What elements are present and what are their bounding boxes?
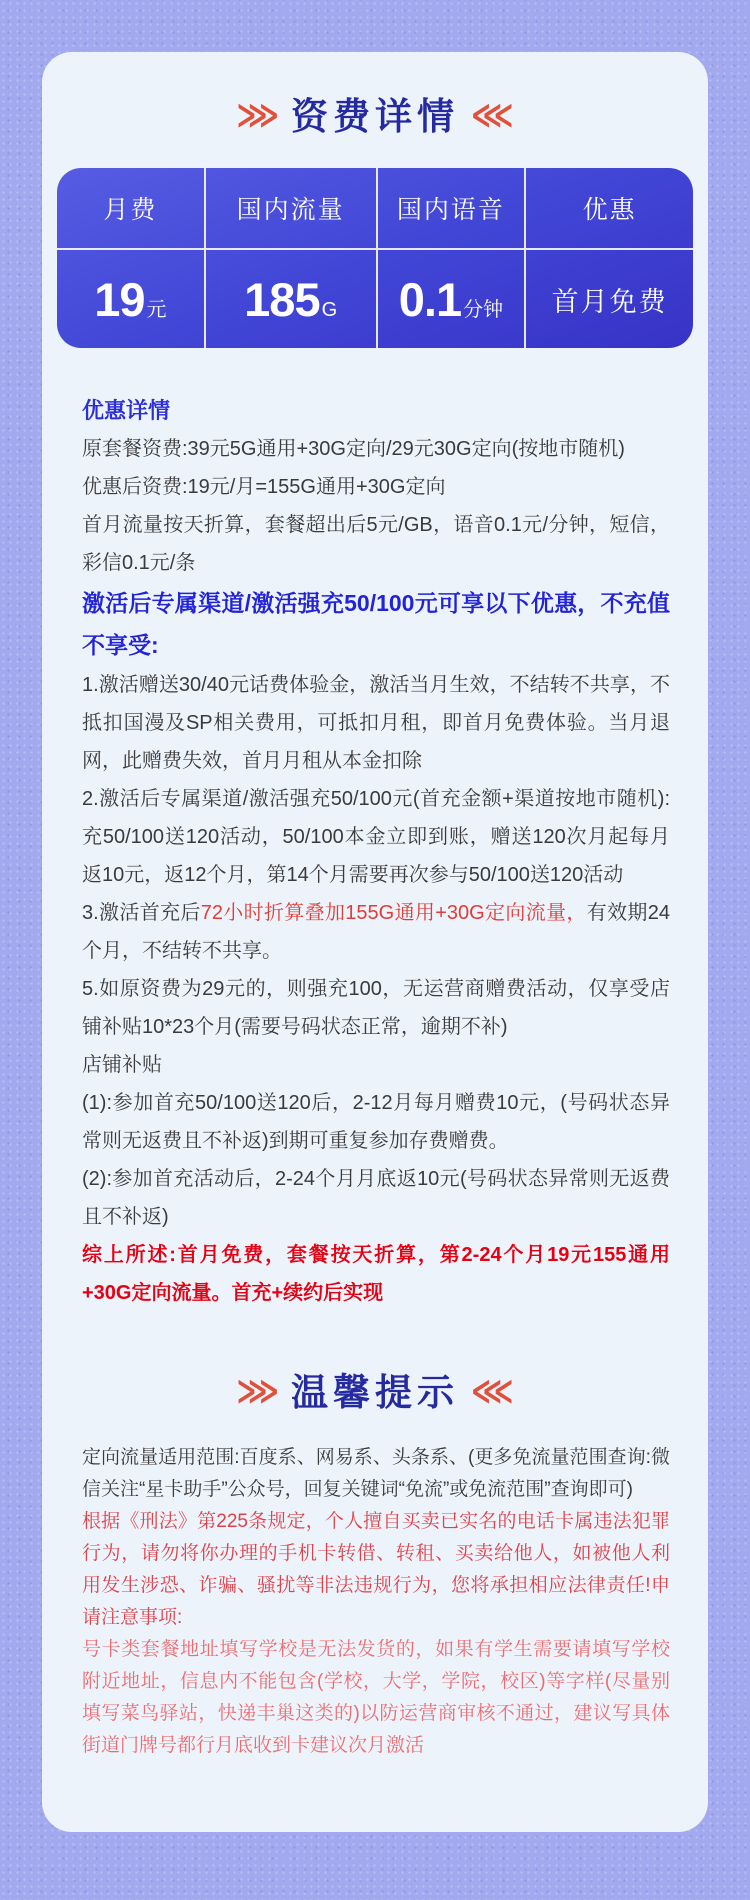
item3-prefix: 3.激活首充后 xyxy=(82,902,201,924)
data-value: 185 xyxy=(244,272,319,327)
table-cell-data: 185 G xyxy=(206,250,378,348)
table-header-data: 国内流量 xyxy=(206,168,378,250)
original-price-line: 原套餐资费:39元5G通用+30G定向/29元30G定向(按地市随机) xyxy=(82,430,670,468)
triple-chevron-right-icon: ⋙ xyxy=(236,1375,279,1410)
tips-title: 温馨提示 xyxy=(291,1368,459,1416)
page-background: ⋙ 资费详情 ⋘ 月费 国内流量 国内语音 优惠 19 元 185 G xyxy=(0,0,750,1900)
promo-value: 首月免费 xyxy=(552,280,668,319)
legal-warning: 根据《刑法》第225条规定，个人擅自买卖已实名的电话卡属违法犯罪行为，请勿将你办… xyxy=(82,1506,670,1634)
directed-data-scope: 定向流量适用范围:百度系、网易系、头条系、(更多免流量范围查询:微信关注“星卡助… xyxy=(82,1442,670,1506)
table-cell-monthly-fee: 19 元 xyxy=(57,250,206,348)
table-header-monthly-fee: 月费 xyxy=(57,168,206,250)
detail-item-5: 5.如原资费为29元的，则强充100，无运营商赠费活动，仅享受店铺补贴10*23… xyxy=(82,970,670,1046)
tips-title-row: ⋙ 温馨提示 ⋘ xyxy=(42,1368,708,1416)
table-cell-voice: 0.1 分钟 xyxy=(378,250,527,348)
voice-unit: 分钟 xyxy=(463,293,503,322)
subsidy-item-2: (2):参加首充活动后，2-24个月月底返10元(号码状态异常则无返费且不补返) xyxy=(82,1160,670,1236)
table-header-voice: 国内语音 xyxy=(378,168,527,250)
triple-chevron-right-icon: ⋙ xyxy=(236,99,279,134)
detail-item-1: 1.激活赠送30/40元话费体验金，激活当月生效，不结转不共享，不抵扣国漫及SP… xyxy=(82,666,670,780)
discount-price-line: 优惠后资费:19元/月=155G通用+30G定向 xyxy=(82,468,670,506)
triple-chevron-left-icon: ⋘ xyxy=(471,99,514,134)
subsidy-heading: 店铺补贴 xyxy=(82,1046,670,1084)
details-heading: 优惠详情 xyxy=(82,392,670,430)
summary-line: 综上所述:首月免费，套餐按天折算，第2-24个月19元155通用+30G定向流量… xyxy=(82,1236,670,1312)
discount-details-section: 优惠详情 原套餐资费:39元5G通用+30G定向/29元30G定向(按地市随机)… xyxy=(82,392,670,1312)
table-cell-promo: 首月免费 xyxy=(526,250,693,348)
table-header-promo: 优惠 xyxy=(526,168,693,250)
subsidy-item-1: (1):参加首充50/100送120后，2-12月每月赠费10元，(号码状态异常… xyxy=(82,1084,670,1160)
pricing-title: 资费详情 xyxy=(291,92,459,140)
monthly-fee-unit: 元 xyxy=(147,293,167,322)
voice-value: 0.1 xyxy=(399,272,461,327)
pricing-title-row: ⋙ 资费详情 ⋘ xyxy=(42,92,708,140)
activation-subheading: 激活后专属渠道/激活强充50/100元可享以下优惠，不充值不享受: xyxy=(82,582,670,666)
detail-item-3: 3.激活首充后72小时折算叠加155G通用+30G定向流量，有效期24个月，不结… xyxy=(82,894,670,970)
tips-section: 定向流量适用范围:百度系、网易系、头条系、(更多免流量范围查询:微信关注“星卡助… xyxy=(82,1442,670,1762)
data-unit: G xyxy=(322,299,338,322)
detail-item-2: 2.激活后专属渠道/激活强充50/100元(首充金额+渠道按地市随机):充50/… xyxy=(82,780,670,894)
plan-table: 月费 国内流量 国内语音 优惠 19 元 185 G 0.1 分钟 xyxy=(57,168,693,348)
item3-highlight: 72小时折算叠加155G通用+30G定向流量， xyxy=(201,902,587,924)
address-notice: 号卡类套餐地址填写学校是无法发货的，如果有学生需要请填写学校附近地址，信息内不能… xyxy=(82,1634,670,1762)
content-card: ⋙ 资费详情 ⋘ 月费 国内流量 国内语音 优惠 19 元 185 G xyxy=(42,52,708,1832)
triple-chevron-left-icon: ⋘ xyxy=(471,1375,514,1410)
monthly-fee-value: 19 xyxy=(94,272,144,327)
first-month-line: 首月流量按天折算，套餐超出后5元/GB，语音0.1元/分钟，短信，彩信0.1元/… xyxy=(82,506,670,582)
